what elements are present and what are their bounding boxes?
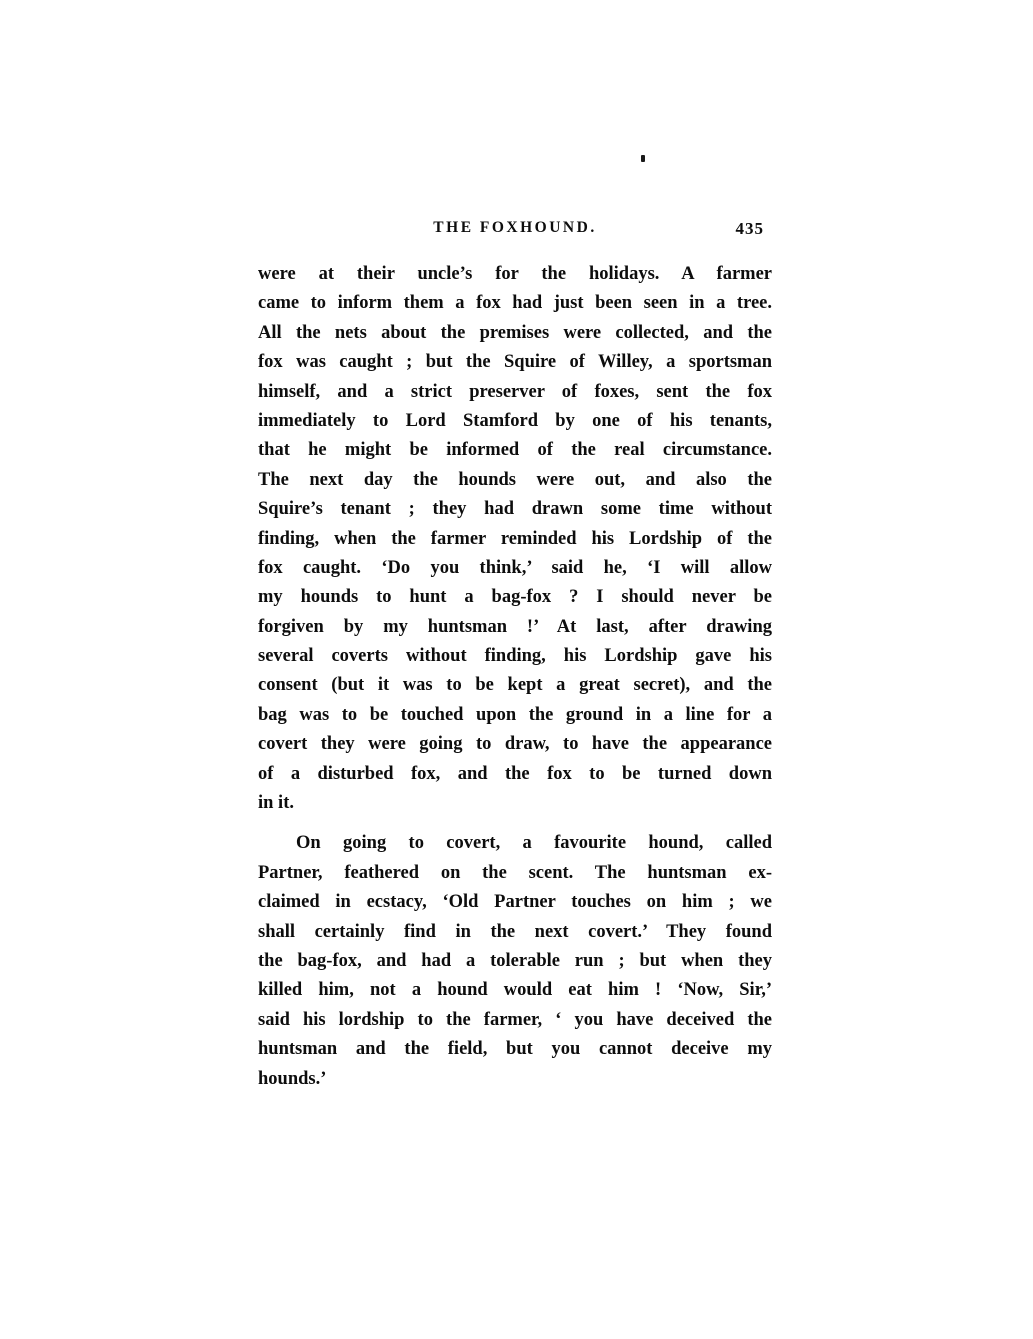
text-line: All the nets about the premises were col…	[258, 319, 772, 348]
page-number: 435	[736, 219, 765, 239]
page-body: were at their uncle’s for the holidays. …	[258, 260, 772, 1094]
text-line: of a disturbed fox, and the fox to be tu…	[258, 760, 772, 789]
text-line: fox caught. ‘Do you think,’ said he, ‘I …	[258, 554, 772, 583]
text-line: fox was caught ; but the Squire of Wille…	[258, 348, 772, 377]
text-line: several coverts without finding, his Lor…	[258, 642, 772, 671]
text-line: immediately to Lord Stamford by one of h…	[258, 407, 772, 436]
text-line: forgiven by my huntsman !’ At last, afte…	[258, 613, 772, 642]
text-line: claimed in ecstacy, ‘Old Partner touches…	[258, 888, 772, 917]
text-line: hounds.’	[258, 1065, 772, 1094]
text-line: were at their uncle’s for the holidays. …	[258, 260, 772, 289]
text-line: consent (but it was to be kept a great s…	[258, 671, 772, 700]
text-line: the bag-fox, and had a tolerable run ; b…	[258, 947, 772, 976]
text-line: came to inform them a fox had just been …	[258, 289, 772, 318]
text-line: Squire’s tenant ; they had drawn some ti…	[258, 495, 772, 524]
running-title: THE FOXHOUND.	[433, 219, 596, 236]
page-header: THE FOXHOUND. 435	[258, 219, 772, 241]
book-page: THE FOXHOUND. 435 were at their uncle’s …	[0, 0, 1033, 1339]
text-line: my hounds to hunt a bag-fox ? I should n…	[258, 583, 772, 612]
text-line: covert they were going to draw, to have …	[258, 730, 772, 759]
paragraph: were at their uncle’s for the holidays. …	[258, 260, 772, 818]
text-line: huntsman and the field, but you cannot d…	[258, 1035, 772, 1064]
text-line: On going to covert, a favourite hound, c…	[258, 829, 772, 858]
text-line: said his lordship to the farmer, ‘ you h…	[258, 1006, 772, 1035]
paragraph: On going to covert, a favourite hound, c…	[258, 829, 772, 1094]
text-line: that he might be informed of the real ci…	[258, 436, 772, 465]
text-line: Partner, feathered on the scent. The hun…	[258, 859, 772, 888]
text-line: killed him, not a hound would eat him ! …	[258, 976, 772, 1005]
text-column: THE FOXHOUND. 435 were at their uncle’s …	[258, 0, 772, 1339]
text-line: The next day the hounds were out, and al…	[258, 466, 772, 495]
text-line: bag was to be touched upon the ground in…	[258, 701, 772, 730]
text-line: himself, and a strict preserver of foxes…	[258, 378, 772, 407]
text-line: shall certainly find in the next covert.…	[258, 918, 772, 947]
text-line: in it.	[258, 789, 772, 818]
text-line: finding, when the farmer reminded his Lo…	[258, 525, 772, 554]
